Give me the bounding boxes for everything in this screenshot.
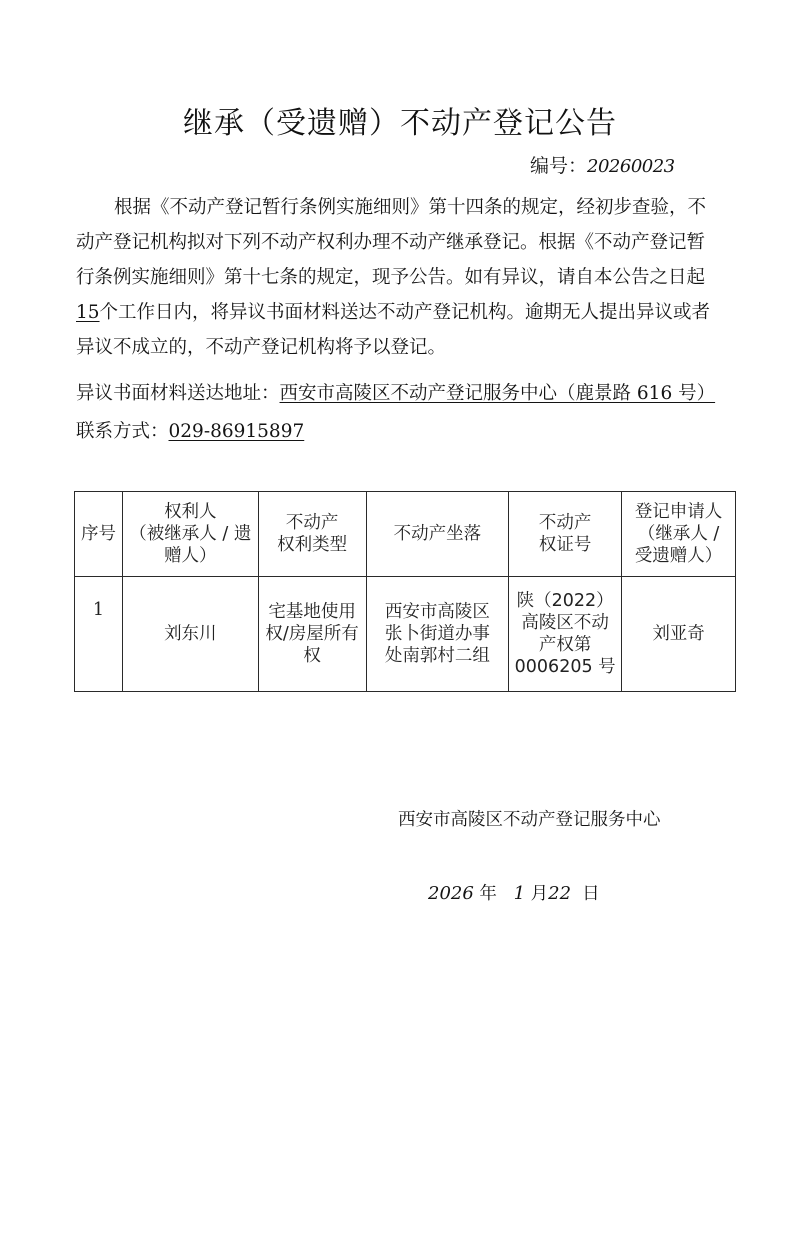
body-line-2: 动产登记机构拟对下列不动产权利办理不动产继承登记。根据《不动产登记暂 [76,225,724,260]
table-row: 1 刘东川 宅基地使用权/房屋所有权 西安市高陵区张卜街道办事处南郭村二组 陕（… [75,577,736,692]
serial-number: 编号：20260023 [530,151,675,178]
cell-applicant: 刘亚奇 [622,577,736,692]
cell-right-type: 宅基地使用权/房屋所有权 [258,577,366,692]
cell-right-holder: 刘东川 [122,577,258,692]
body-line-4: 15个工作日内，将异议书面材料送达不动产登记机构。逾期无人提出异议或者 [76,295,724,330]
contact-label: 联系方式： [76,421,169,442]
issue-date: 2026 年 1 月22 日 [428,880,600,905]
body-line-1: 根据《不动产登记暂行条例实施细则》第十四条的规定，经初步查验，不 [76,190,724,225]
table-header-row: 序号 权利人（被继承人 / 遗赠人） 不动产权利类型 不动产坐落 不动产权证号 … [75,492,736,577]
date-year-label: 年 [479,884,497,904]
body-line-5: 异议不成立的，不动产登记机构将予以登记。 [76,330,724,365]
objection-days: 15 [76,302,100,323]
cell-location: 西安市高陵区张卜街道办事处南郭村二组 [366,577,509,692]
cell-index: 1 [75,577,123,692]
date-day-label: 日 [582,884,600,904]
notice-body: 根据《不动产登记暂行条例实施细则》第十四条的规定，经初步查验，不 动产登记机构拟… [76,190,724,365]
cell-certificate: 陕（2022）高陵区不动产权第0006205 号 [509,577,622,692]
date-month-label: 月 [531,884,549,904]
header-applicant: 登记申请人（继承人 /受遗赠人） [622,492,736,577]
date-day: 22 [548,883,571,904]
serial-value: 20260023 [587,156,675,177]
property-table: 序号 权利人（被继承人 / 遗赠人） 不动产权利类型 不动产坐落 不动产权证号 … [74,491,736,692]
body-line-3: 行条例实施细则》第十七条的规定，现予公告。如有异议，请自本公告之日起 [76,260,724,295]
notice-title: 继承（受遗赠）不动产登记公告 [0,98,800,142]
header-right-holder: 权利人（被继承人 / 遗赠人） [122,492,258,577]
issuing-organization: 西安市高陵区不动产登记服务中心 [398,806,661,831]
date-year: 2026 [428,883,474,904]
address-label: 异议书面材料送达地址： [76,383,280,404]
serial-label: 编号： [530,155,587,177]
header-right-type: 不动产权利类型 [258,492,366,577]
header-location: 不动产坐落 [366,492,509,577]
header-index: 序号 [75,492,123,577]
objection-address: 异议书面材料送达地址：西安市高陵区不动产登记服务中心（鹿景路 616 号） [76,379,715,405]
contact-info: 联系方式：029-86915897 [76,417,304,443]
header-certificate: 不动产权证号 [509,492,622,577]
body-line-4-text: 个工作日内，将异议书面材料送达不动产登记机构。逾期无人提出异议或者 [100,302,711,323]
date-month: 1 [514,883,525,904]
address-value: 西安市高陵区不动产登记服务中心（鹿景路 616 号） [280,383,716,404]
contact-phone: 029-86915897 [169,421,305,442]
